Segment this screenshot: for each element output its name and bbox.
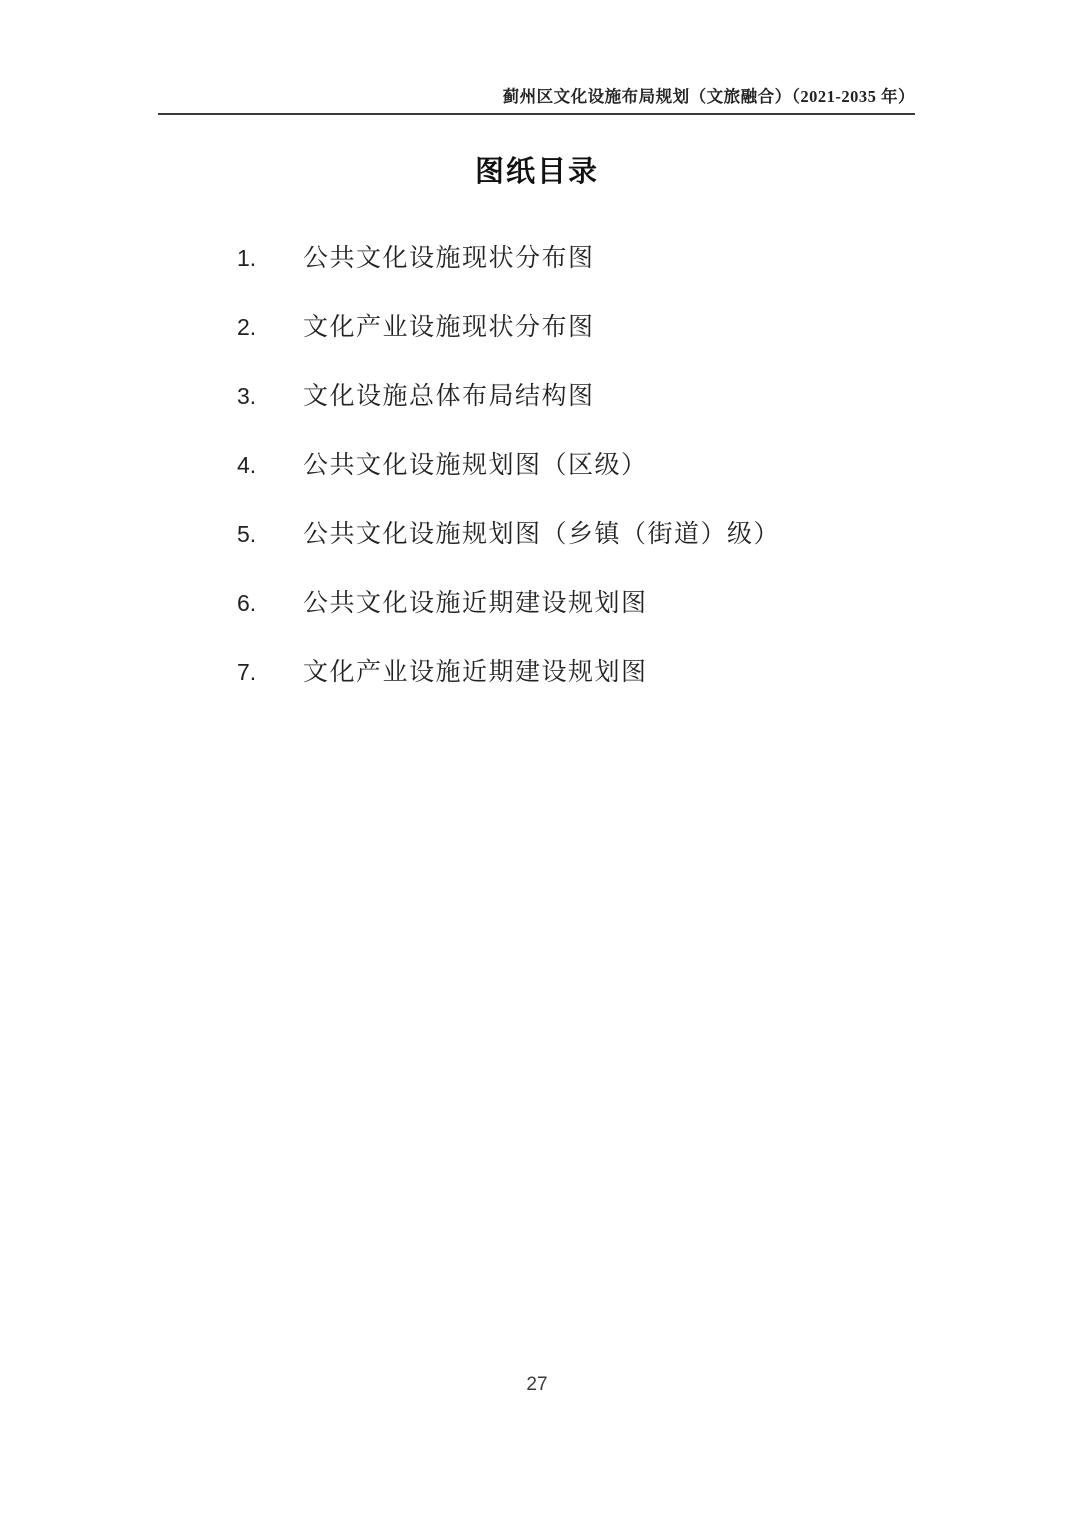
toc-item: 6. 公共文化设施近期建设规划图 [237, 588, 780, 618]
toc-item-label: 文化设施总体布局结构图 [303, 382, 595, 412]
toc-list: 1. 公共文化设施现状分布图 2. 文化产业设施现状分布图 3. 文化设施总体布… [237, 243, 780, 687]
toc-item: 3. 文化设施总体布局结构图 [237, 381, 780, 411]
toc-item: 5. 公共文化设施规划图（乡镇（街道）级） [237, 519, 780, 549]
toc-item-number: 2. [237, 312, 303, 342]
toc-item-label: 公共文化设施规划图（区级） [303, 451, 648, 481]
document-page: 蓟州区文化设施布局规划（文旅融合）（2021-2035 年） 图纸目录 1. 公… [0, 0, 1074, 1520]
toc-item-label: 公共文化设施现状分布图 [303, 244, 595, 274]
page-title: 图纸目录 [0, 149, 1074, 190]
header-rule [158, 113, 915, 115]
toc-item: 7. 文化产业设施近期建设规划图 [237, 657, 780, 687]
toc-item-number: 6. [237, 588, 303, 618]
page-number: 27 [0, 1374, 1074, 1396]
toc-item: 4. 公共文化设施规划图（区级） [237, 450, 780, 480]
toc-item-label: 文化产业设施近期建设规划图 [303, 658, 648, 688]
running-header: 蓟州区文化设施布局规划（文旅融合）（2021-2035 年） [158, 83, 915, 107]
toc-item-number: 4. [237, 450, 303, 480]
toc-item-number: 1. [237, 243, 303, 273]
toc-item-label: 公共文化设施规划图（乡镇（街道）级） [303, 520, 780, 550]
toc-item: 2. 文化产业设施现状分布图 [237, 312, 780, 342]
toc-item-label: 公共文化设施近期建设规划图 [303, 589, 648, 619]
toc-item-number: 3. [237, 381, 303, 411]
toc-item-label: 文化产业设施现状分布图 [303, 313, 595, 343]
toc-item-number: 5. [237, 519, 303, 549]
toc-item-number: 7. [237, 657, 303, 687]
toc-item: 1. 公共文化设施现状分布图 [237, 243, 780, 273]
